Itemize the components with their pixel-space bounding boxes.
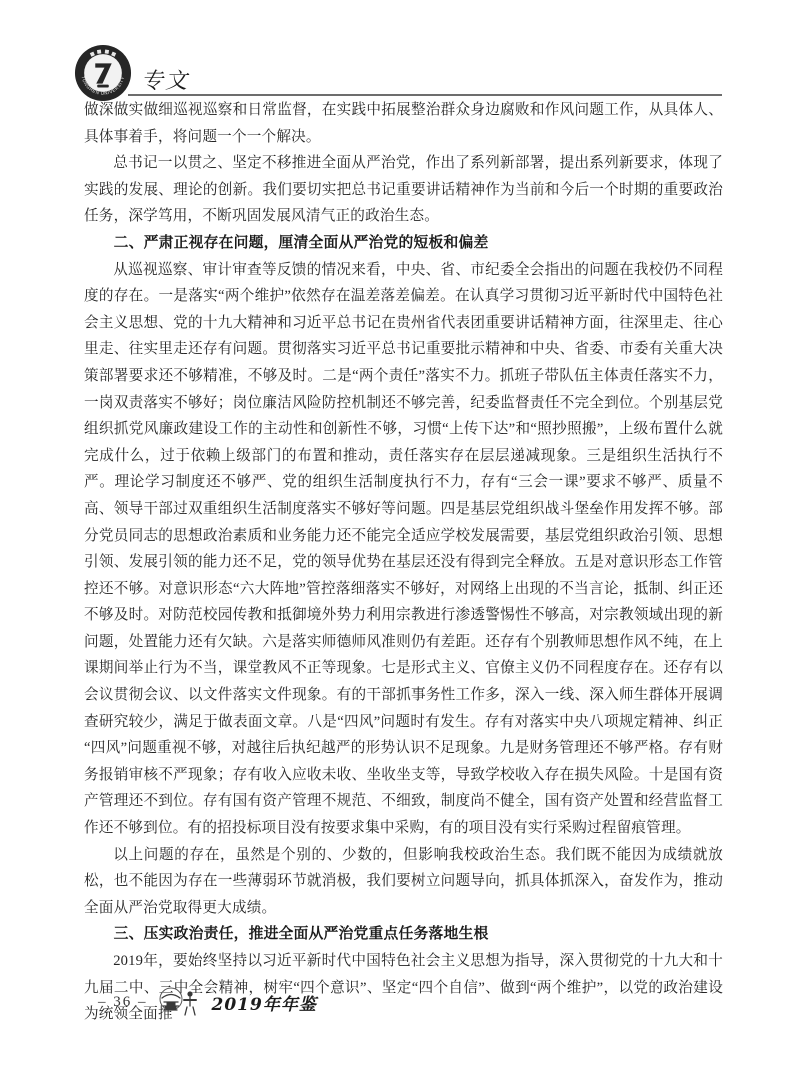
- document-page: TONGREN UNIVERSITY 专文 做深做实做细巡视巡察和日常监督，在实…: [0, 0, 793, 1077]
- paragraph: 从巡视巡察、审计审查等反馈的情况来看，中央、省、市纪委全会指出的问题在我校仍不同…: [84, 257, 723, 842]
- section-heading-2: 二、严肃正视存在问题，厘清全面从严治党的短板和偏差: [84, 230, 723, 257]
- university-seal-logo: TONGREN UNIVERSITY: [74, 44, 132, 102]
- article-body: 做深做实做细巡视巡察和日常监督，在实践中拓展整治群众身边腐败和作风问题工作，从具…: [84, 97, 723, 1028]
- paragraph: 总书记一以贯之、坚定不移推进全面从严治党，作出了系列新部署，提出系列新要求，体现…: [84, 150, 723, 230]
- page-number: – 36 –: [98, 994, 148, 1011]
- paragraph-continuation: 做深做实做细巡视巡察和日常监督，在实践中拓展整治群众身边腐败和作风问题工作，从具…: [84, 97, 723, 150]
- section-heading-3: 三、压实政治责任，推进全面从严治党重点任务落地生根: [84, 921, 723, 948]
- paragraph: 以上问题的存在，虽然是个别的、少数的，但影响我校政治生态。我们既不能因为成绩就放…: [84, 842, 723, 922]
- university-seal-icon: TONGREN UNIVERSITY: [74, 44, 132, 102]
- page-footer: – 36 – 2019: [98, 984, 317, 1020]
- yearbook-emblem-icon: [157, 986, 203, 1018]
- yearbook-title: 2019年年鉴: [212, 990, 317, 1015]
- header-divider: [128, 94, 722, 96]
- section-label: 专文: [141, 64, 189, 95]
